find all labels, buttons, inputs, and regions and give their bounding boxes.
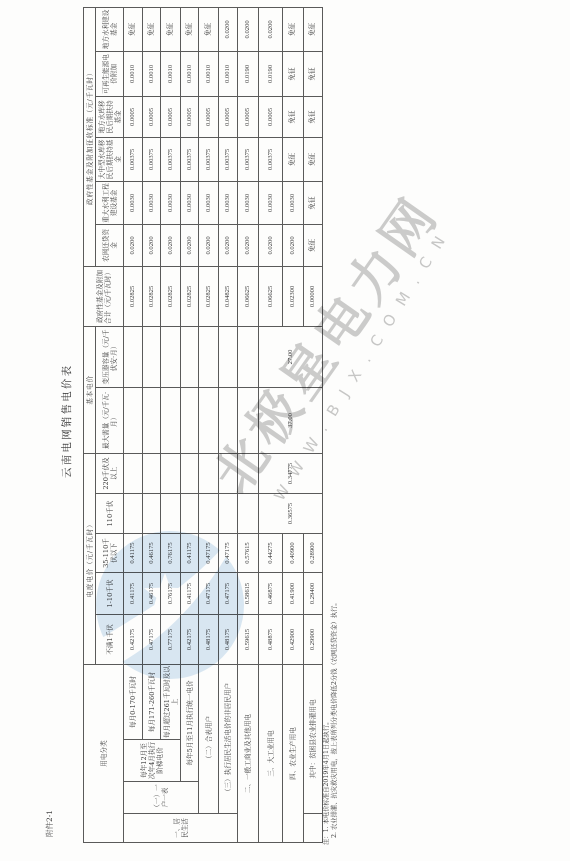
energy-price-cell: 0.47175 bbox=[199, 573, 219, 615]
fund-cell: 免征 bbox=[283, 137, 304, 181]
fund-cell: 0.0005 bbox=[161, 96, 181, 137]
energy-price-cell: 0.77175 bbox=[161, 615, 181, 665]
row-label: 每月0-170千瓦时 bbox=[124, 665, 143, 740]
energy-price-cell bbox=[143, 494, 161, 534]
fund-cell: 免征 bbox=[283, 7, 304, 51]
fund-cell: 0.0200 bbox=[199, 224, 219, 266]
table-row: （二）合表用户0.481750.471750.471750.028250.020… bbox=[199, 7, 219, 842]
energy-price-cell: 0.48175 bbox=[219, 615, 238, 665]
energy-price-cell: 0.46175 bbox=[143, 534, 161, 573]
energy-price-cell: 0.29900 bbox=[304, 615, 323, 665]
energy-price-cell: 0.47175 bbox=[143, 615, 161, 665]
fund-cell: 0.0200 bbox=[181, 224, 199, 266]
header-local-water-fund: 地方水利建设基金 bbox=[96, 7, 124, 51]
header-fund-standards: 政府性基金及附加征收标准（元/千瓦时） bbox=[84, 7, 96, 266]
page-title: 云南电网销售电价表 bbox=[59, 358, 74, 478]
fund-cell: 免征 bbox=[283, 51, 304, 96]
price-table: 用电分类 电度电价（元/千瓦时） 基本电价 政府性基金及附加合计（元/千瓦时） … bbox=[83, 7, 323, 843]
energy-price-cell: 0.40900 bbox=[283, 534, 304, 573]
fund-total-cell: 0.06625 bbox=[238, 266, 259, 326]
energy-price-cell bbox=[143, 453, 161, 493]
energy-price-cell: 0.47175 bbox=[219, 534, 238, 573]
header-transformer-capacity: 变压器容量（元/千伏安·月） bbox=[96, 326, 124, 387]
header-fund-total: 政府性基金及附加合计（元/千瓦时） bbox=[84, 266, 124, 326]
fund-cell: 0.0200 bbox=[259, 7, 283, 51]
fund-cell: 免征 bbox=[143, 7, 161, 51]
row-label: 每月171-260千瓦时 bbox=[143, 665, 161, 740]
fund-cell: 0.0030 bbox=[143, 181, 161, 224]
basic-price-cell: 37.00 bbox=[259, 387, 323, 453]
document-page: 附件2-1 云南电网销售电价表 用电分类 电度电价（元/千瓦时） 基本电价 政府… bbox=[0, 0, 570, 861]
header-local-reservoir-resettlement: 地方水库移民后期扶持基金 bbox=[96, 96, 124, 137]
energy-price-cell: 0.76175 bbox=[161, 534, 181, 573]
fund-cell: 0.00375 bbox=[259, 137, 283, 181]
fund-cell: 免征 bbox=[304, 224, 323, 266]
energy-price-cell: 0.44275 bbox=[259, 534, 283, 573]
fund-cell: 0.00375 bbox=[199, 137, 219, 181]
energy-price-cell: 0.42175 bbox=[181, 615, 199, 665]
energy-price-cell: 0.58615 bbox=[238, 573, 259, 615]
fund-total-cell: 0.04825 bbox=[219, 266, 238, 326]
row-label: 四、农业生产用电 bbox=[283, 665, 304, 843]
fund-cell: 0.0200 bbox=[238, 7, 259, 51]
fund-cell: 0.0200 bbox=[219, 224, 238, 266]
fund-cell: 0.0190 bbox=[259, 51, 283, 96]
energy-price-cell: 0.47175 bbox=[219, 573, 238, 615]
energy-price-cell: 0.28900 bbox=[304, 534, 323, 573]
header-row-1: 用电分类 电度电价（元/千瓦时） 基本电价 政府性基金及附加合计（元/千瓦时） … bbox=[84, 7, 96, 842]
header-rural-grid-loan: 农网还贷资金 bbox=[96, 224, 124, 266]
fund-cell: 免征 bbox=[181, 7, 199, 51]
fund-cell: 0.0005 bbox=[238, 96, 259, 137]
header-renewable-surcharge: 可再生能源电价附加 bbox=[96, 51, 124, 96]
fund-cell: 0.0030 bbox=[161, 181, 181, 224]
header-1-10kv: 1-10千伏 bbox=[96, 573, 124, 615]
fund-total-cell: 0.06625 bbox=[259, 266, 283, 326]
energy-price-cell bbox=[124, 453, 143, 493]
fund-cell: 0.0200 bbox=[238, 224, 259, 266]
table-row: 每月超过261千瓦时及以上0.771750.761750.761750.0282… bbox=[161, 7, 181, 842]
energy-price-cell: 0.41175 bbox=[181, 534, 199, 573]
row-label: 每月超过261千瓦时及以上 bbox=[161, 665, 181, 740]
fund-cell: 0.0010 bbox=[181, 51, 199, 96]
row-label: 每年5月至11月执行统一电价 bbox=[181, 665, 199, 782]
energy-price-cell bbox=[199, 494, 219, 534]
energy-price-cell bbox=[238, 453, 259, 493]
energy-price-cell: 0.48175 bbox=[199, 615, 219, 665]
energy-price-cell bbox=[219, 494, 238, 534]
fund-cell: 0.00375 bbox=[238, 137, 259, 181]
group-tiered-period: 每年12月至次年4月执行阶梯电价 bbox=[124, 740, 181, 782]
fund-cell: 0.0030 bbox=[124, 181, 143, 224]
basic-price-cell bbox=[124, 326, 143, 387]
fund-cell: 0.0030 bbox=[181, 181, 199, 224]
footnote-1: 注：1. 本电价标准自2019年4月1日起执行。 bbox=[323, 599, 331, 845]
energy-price-cell: 0.36575 bbox=[259, 494, 323, 534]
fund-total-cell: 0.02825 bbox=[124, 266, 143, 326]
fund-cell: 0.00375 bbox=[124, 137, 143, 181]
energy-price-cell: 0.46175 bbox=[143, 573, 161, 615]
fund-total-cell: 0.02300 bbox=[283, 266, 304, 326]
fund-cell: 0.0005 bbox=[124, 96, 143, 137]
header-category: 用电分类 bbox=[84, 665, 124, 843]
fund-cell: 0.0200 bbox=[283, 224, 304, 266]
basic-price-cell bbox=[219, 387, 238, 453]
energy-price-cell bbox=[181, 453, 199, 493]
basic-price-cell bbox=[238, 387, 259, 453]
energy-price-cell: 0.41175 bbox=[124, 573, 143, 615]
fund-cell: 0.0005 bbox=[219, 96, 238, 137]
fund-cell: 0.0010 bbox=[219, 51, 238, 96]
fund-cell: 免征 bbox=[304, 137, 323, 181]
table-row: 二、一般工商业及其他用电0.596150.586150.576150.06625… bbox=[238, 7, 259, 842]
table-row: 每年5月至11月执行统一电价0.421750.411750.411750.028… bbox=[181, 7, 199, 842]
basic-price-cell bbox=[181, 387, 199, 453]
header-large-reservoir-resettlement: 大中型水库移民后期扶持基金 bbox=[96, 137, 124, 181]
basic-price-cell bbox=[161, 326, 181, 387]
fund-cell: 0.0010 bbox=[124, 51, 143, 96]
empty-cell bbox=[304, 814, 323, 843]
energy-price-cell bbox=[181, 494, 199, 534]
fund-cell: 0.0190 bbox=[238, 51, 259, 96]
basic-price-cell bbox=[143, 326, 161, 387]
fund-cell: 免征 bbox=[283, 96, 304, 137]
basic-price-cell bbox=[143, 387, 161, 453]
basic-price-cell bbox=[238, 326, 259, 387]
basic-price-cell bbox=[124, 387, 143, 453]
table-row: （三）执行居民生活电价的非居民用户0.481750.471750.471750.… bbox=[219, 7, 238, 842]
fund-cell: 免征 bbox=[161, 7, 181, 51]
energy-price-cell: 0.76175 bbox=[161, 573, 181, 615]
fund-cell: 0.0005 bbox=[199, 96, 219, 137]
energy-price-cell bbox=[161, 453, 181, 493]
fund-cell: 免征 bbox=[124, 7, 143, 51]
fund-total-cell: 0.02825 bbox=[161, 266, 181, 326]
fund-total-cell: 0.02825 bbox=[143, 266, 161, 326]
footnote-2: 2. 农业排灌、抗灾救灾用电，按上表所列分类电价降低2分钱（农网还贷资金）执行。 bbox=[331, 599, 339, 845]
fund-cell: 0.00375 bbox=[143, 137, 161, 181]
attachment-label: 附件2-1 bbox=[44, 810, 55, 837]
row-label: 二、一般工商业及其他用电 bbox=[238, 665, 259, 843]
energy-price-cell: 0.47175 bbox=[199, 534, 219, 573]
basic-price-cell bbox=[181, 326, 199, 387]
energy-price-cell bbox=[238, 494, 259, 534]
row-label: 三、大工业用电 bbox=[259, 665, 283, 843]
fund-cell: 0.00375 bbox=[161, 137, 181, 181]
group-residential: 一、居民生活 bbox=[124, 814, 238, 843]
basic-price-cell bbox=[161, 387, 181, 453]
fund-cell: 免征 bbox=[304, 7, 323, 51]
fund-cell: 0.0200 bbox=[219, 7, 238, 51]
energy-price-cell: 0.46875 bbox=[259, 573, 283, 615]
fund-cell: 0.0200 bbox=[124, 224, 143, 266]
header-35-110kv: 35-110千伏以下 bbox=[96, 534, 124, 573]
header-basic-price: 基本电价 bbox=[84, 326, 96, 453]
fund-cell: 免征 bbox=[304, 96, 323, 137]
header-110kv: 110千伏 bbox=[96, 494, 124, 534]
energy-price-cell: 0.57615 bbox=[238, 534, 259, 573]
energy-price-cell: 0.59615 bbox=[238, 615, 259, 665]
energy-price-cell: 0.41175 bbox=[124, 534, 143, 573]
basic-price-cell: 27.00 bbox=[259, 326, 323, 387]
fund-cell: 0.0010 bbox=[199, 51, 219, 96]
fund-cell: 免征 bbox=[199, 7, 219, 51]
table-row: 三、大工业用电0.488750.468750.442750.365750.347… bbox=[259, 7, 283, 842]
fund-total-cell: 0.00000 bbox=[304, 266, 323, 326]
fund-cell: 0.0200 bbox=[259, 224, 283, 266]
energy-price-cell: 0.29400 bbox=[304, 573, 323, 615]
group-single-meter: （一）一户一表 bbox=[124, 782, 199, 814]
basic-price-cell bbox=[199, 387, 219, 453]
header-major-water-project: 重大水利工程建设基金 bbox=[96, 181, 124, 224]
fund-cell: 0.0010 bbox=[143, 51, 161, 96]
energy-price-cell: 0.41900 bbox=[283, 573, 304, 615]
basic-price-cell bbox=[219, 326, 238, 387]
fund-cell: 0.0030 bbox=[238, 181, 259, 224]
fund-cell: 0.0200 bbox=[143, 224, 161, 266]
footnotes: 注：1. 本电价标准自2019年4月1日起执行。 2. 农业排灌、抗灾救灾用电，… bbox=[323, 599, 339, 845]
fund-cell: 免征 bbox=[304, 51, 323, 96]
energy-price-cell bbox=[199, 453, 219, 493]
fund-cell: 0.0005 bbox=[181, 96, 199, 137]
table-row: 每月171-260千瓦时0.471750.461750.461750.02825… bbox=[143, 7, 161, 842]
fund-total-cell: 0.02825 bbox=[199, 266, 219, 326]
header-energy-price: 电度电价（元/千瓦时） bbox=[84, 453, 96, 664]
fund-cell: 0.0200 bbox=[161, 224, 181, 266]
energy-price-cell: 0.42175 bbox=[124, 615, 143, 665]
fund-cell: 0.0030 bbox=[199, 181, 219, 224]
energy-price-cell: 0.42900 bbox=[283, 615, 304, 665]
energy-price-cell: 0.48875 bbox=[259, 615, 283, 665]
fund-cell: 0.0005 bbox=[259, 96, 283, 137]
row-label: （二）合表用户 bbox=[199, 665, 219, 814]
fund-cell: 0.00375 bbox=[181, 137, 199, 181]
energy-price-cell bbox=[219, 453, 238, 493]
row-label: 其中：贫困县农业排灌用电 bbox=[304, 665, 323, 814]
table-body: 一、居民生活（一）一户一表每年12月至次年4月执行阶梯电价每月0-170千瓦时0… bbox=[124, 7, 323, 842]
header-max-demand: 最大需量（元/千瓦·月） bbox=[96, 387, 124, 453]
energy-price-cell: 0.41175 bbox=[181, 573, 199, 615]
fund-cell: 0.00375 bbox=[219, 137, 238, 181]
header-220kv: 220千伏及以上 bbox=[96, 453, 124, 493]
energy-price-cell bbox=[161, 494, 181, 534]
energy-price-cell: 0.34775 bbox=[259, 453, 323, 493]
table-row: 一、居民生活（一）一户一表每年12月至次年4月执行阶梯电价每月0-170千瓦时0… bbox=[124, 7, 143, 842]
fund-cell: 0.0030 bbox=[283, 181, 304, 224]
fund-total-cell: 0.02825 bbox=[181, 266, 199, 326]
header-under-1kv: 不满1千伏 bbox=[96, 615, 124, 665]
basic-price-cell bbox=[199, 326, 219, 387]
fund-cell: 免征 bbox=[304, 181, 323, 224]
row-label: （三）执行居民生活电价的非居民用户 bbox=[219, 665, 238, 814]
fund-cell: 0.0030 bbox=[219, 181, 238, 224]
fund-cell: 0.0030 bbox=[259, 181, 283, 224]
energy-price-cell bbox=[124, 494, 143, 534]
fund-cell: 0.0010 bbox=[161, 51, 181, 96]
fund-cell: 0.0005 bbox=[143, 96, 161, 137]
